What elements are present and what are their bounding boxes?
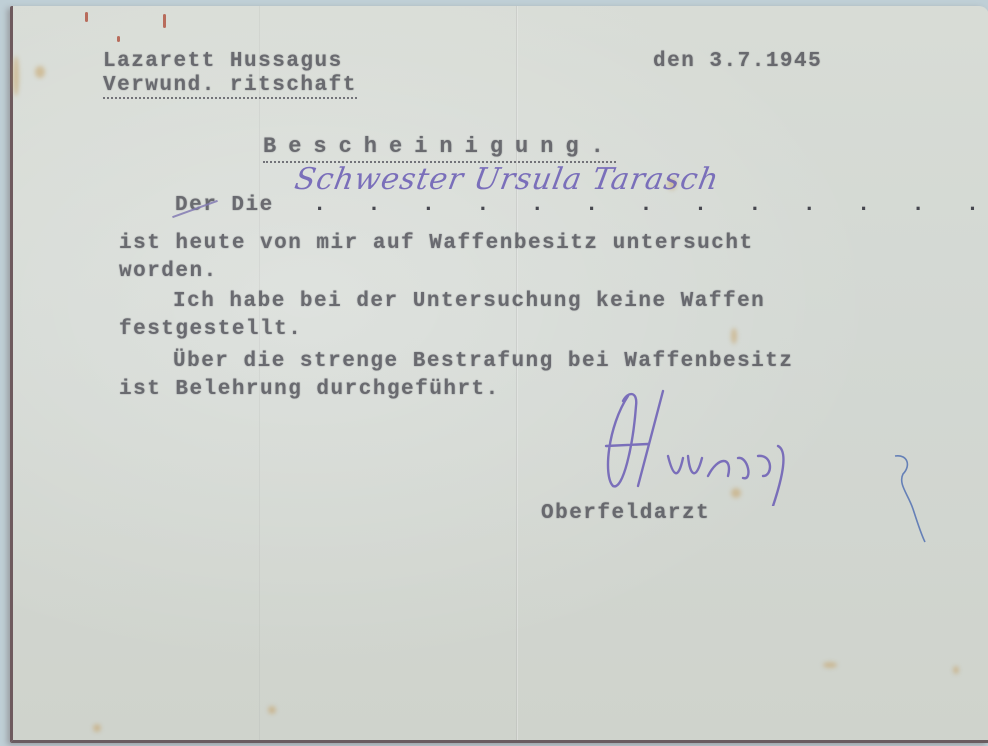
rust-mark	[163, 14, 166, 28]
stain	[35, 66, 45, 78]
ink-mark	[893, 454, 933, 544]
stain	[731, 328, 737, 344]
stain	[93, 724, 101, 732]
body-line-4: Ich habe bei der Untersuchung keine Waff…	[173, 290, 765, 313]
body-line-7: ist Belehrung durchgeführt.	[119, 378, 500, 401]
body-line-6: Über die strenge Bestrafung bei Waffenbe…	[173, 350, 794, 373]
document-date: den 3.7.1945	[653, 50, 822, 73]
header-institution: Lazarett Hussagus	[103, 50, 343, 73]
document-paper: Lazarett Hussagus Verwund. ritschaft den…	[10, 6, 988, 743]
stain	[823, 662, 837, 668]
signatory-role: Oberfeldarzt	[541, 502, 710, 525]
document-title: Bescheinigung.	[263, 134, 616, 163]
salutation-word: Die	[231, 194, 273, 217]
header-department: Verwund. ritschaft	[103, 74, 357, 99]
body-line-3: worden.	[119, 260, 218, 283]
fold-crease	[516, 6, 518, 740]
struck-word: Der	[175, 194, 217, 217]
stain	[953, 666, 959, 674]
body-line-5: festgestellt.	[119, 318, 302, 341]
stain	[13, 56, 19, 96]
body-line-2: ist heute von mir auf Waffenbesitz unter…	[119, 232, 754, 255]
fold-crease-faint	[259, 6, 260, 740]
rust-mark	[117, 36, 120, 42]
body-line-1-prefix: Der Die	[175, 194, 274, 217]
rust-mark	[85, 12, 88, 22]
stain	[268, 706, 276, 714]
handwritten-name: Schwester Ursula Tarasch	[292, 162, 722, 197]
